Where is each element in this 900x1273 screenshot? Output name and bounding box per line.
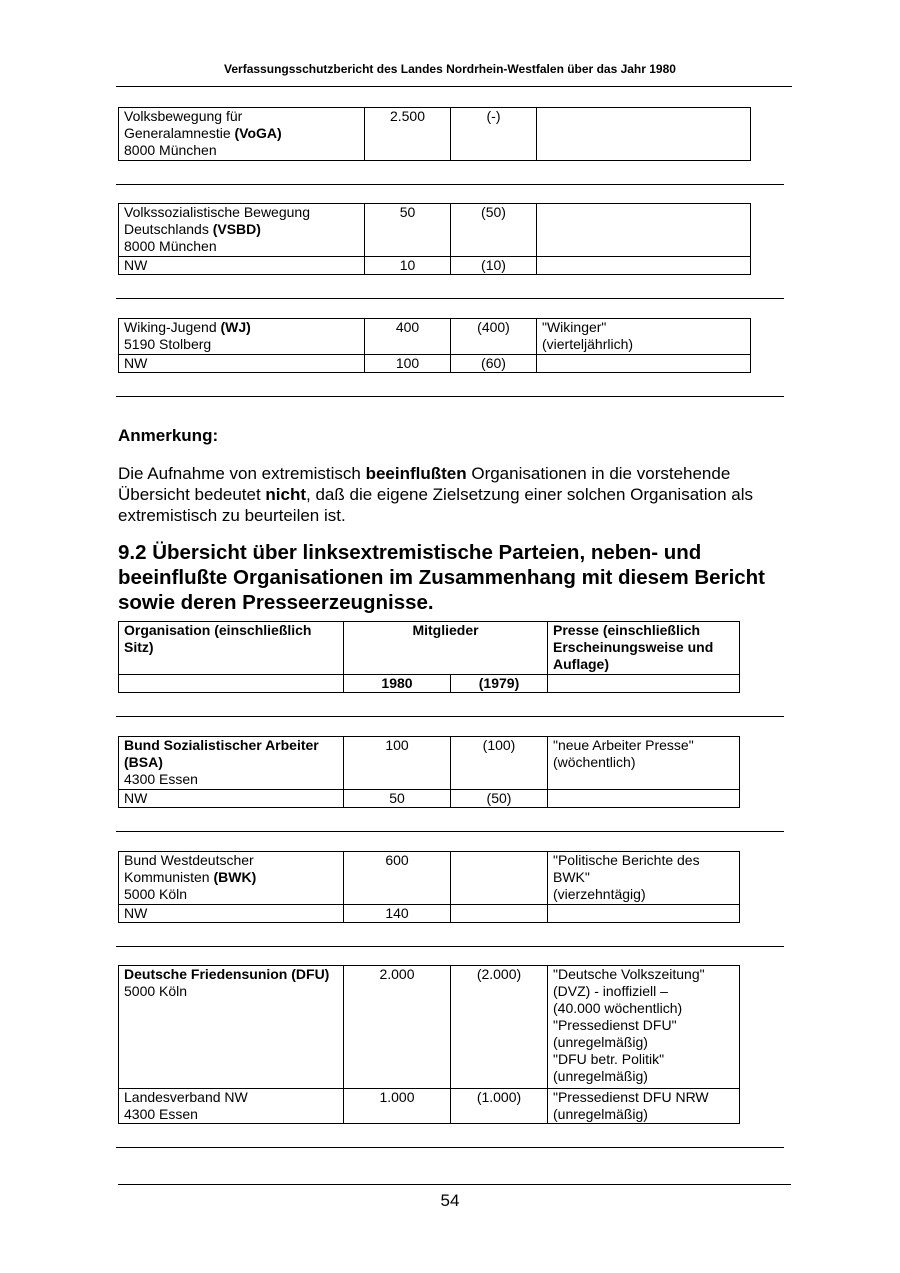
- org-cell: Volkssozialistische Bewegung Deutschland…: [119, 204, 365, 257]
- table-row: NW 10 (10): [119, 257, 751, 275]
- org-cell: NW: [119, 257, 365, 275]
- members-1979-cell: (2.000): [451, 966, 548, 1089]
- org-table-vsbd: Volkssozialistische Bewegung Deutschland…: [118, 203, 751, 275]
- members-1979-cell: [451, 905, 548, 923]
- col-header-members: Mitglieder: [344, 622, 548, 675]
- press-cell: "Politische Berichte des BWK" (vierzehnt…: [548, 852, 740, 905]
- col-header-1979: (1979): [451, 675, 548, 693]
- table-row: Bund Westdeutscher Kommunisten (BWK) 500…: [119, 852, 740, 905]
- members-1980-cell: 140: [344, 905, 451, 923]
- page-number: 54: [0, 1191, 900, 1211]
- press-cell: [537, 355, 751, 373]
- table-row: Volkssozialistische Bewegung Deutschland…: [119, 204, 751, 257]
- separator-rule: [116, 184, 784, 185]
- org-table-voga: Volksbewegung für Generalamnestie (VoGA)…: [118, 107, 751, 161]
- table-row: Volksbewegung für Generalamnestie (VoGA)…: [119, 108, 751, 161]
- separator-rule: [116, 1147, 784, 1148]
- col-header-press: Presse (einschließlich Erscheinungsweise…: [548, 622, 740, 675]
- members-1979-cell: [451, 852, 548, 905]
- page-header: Verfassungsschutzbericht des Landes Nord…: [0, 62, 900, 76]
- members-1980-cell: 10: [365, 257, 451, 275]
- members-1979-cell: (50): [451, 790, 548, 808]
- note-title: Anmerkung:: [118, 426, 218, 446]
- members-1979-cell: (400): [451, 319, 537, 355]
- empty-cell: [548, 675, 740, 693]
- press-cell: [537, 204, 751, 257]
- header-rule: [116, 86, 792, 87]
- press-cell: [548, 905, 740, 923]
- table-row: Bund Sozialistischer Arbeiter (BSA) 4300…: [119, 737, 740, 790]
- table-row: Wiking-Jugend (WJ) 5190 Stolberg 400 (40…: [119, 319, 751, 355]
- members-1979-cell: (1.000): [451, 1089, 548, 1124]
- table-header-row: Organisation (einschließlich Sitz) Mitgl…: [119, 622, 740, 675]
- members-1980-cell: 400: [365, 319, 451, 355]
- footer-rule: [118, 1184, 791, 1185]
- org-cell: NW: [119, 905, 344, 923]
- col-header-1980: 1980: [344, 675, 451, 693]
- members-1979-cell: (60): [451, 355, 537, 373]
- members-1979-cell: (-): [451, 108, 537, 161]
- members-1980-cell: 2.500: [365, 108, 451, 161]
- separator-rule: [116, 831, 784, 832]
- members-1980-cell: 1.000: [344, 1089, 451, 1124]
- table-row: NW 50 (50): [119, 790, 740, 808]
- members-1979-cell: (100): [451, 737, 548, 790]
- separator-rule: [116, 716, 784, 717]
- org-table-dfu: Deutsche Friedensunion (DFU) 5000 Köln 2…: [118, 965, 740, 1124]
- members-1980-cell: 100: [344, 737, 451, 790]
- org-cell: Deutsche Friedensunion (DFU) 5000 Köln: [119, 966, 344, 1089]
- org-cell: Landesverband NW 4300 Essen: [119, 1089, 344, 1124]
- table-row: Landesverband NW 4300 Essen 1.000 (1.000…: [119, 1089, 740, 1124]
- left-header-table: Organisation (einschließlich Sitz) Mitgl…: [118, 621, 740, 693]
- members-1979-cell: (10): [451, 257, 537, 275]
- press-cell: [537, 108, 751, 161]
- section-title: 9.2 Übersicht über linksextremistische P…: [118, 540, 798, 615]
- col-header-organisation: Organisation (einschließlich Sitz): [119, 622, 344, 675]
- separator-rule: [116, 946, 784, 947]
- press-cell: "Deutsche Volkszeitung" (DVZ) - inoffizi…: [548, 966, 740, 1089]
- org-cell: Wiking-Jugend (WJ) 5190 Stolberg: [119, 319, 365, 355]
- press-cell: "Pressedienst DFU NRW (unregelmäßig): [548, 1089, 740, 1124]
- press-cell: [548, 790, 740, 808]
- note-text: Die Aufnahme von extremistisch beeinfluß…: [118, 463, 798, 526]
- org-cell: Bund Westdeutscher Kommunisten (BWK) 500…: [119, 852, 344, 905]
- org-cell: NW: [119, 790, 344, 808]
- table-header-row: 1980 (1979): [119, 675, 740, 693]
- table-row: NW 140: [119, 905, 740, 923]
- org-cell: Bund Sozialistischer Arbeiter (BSA) 4300…: [119, 737, 344, 790]
- press-cell: "Wikinger" (vierteljährlich): [537, 319, 751, 355]
- members-1980-cell: 50: [365, 204, 451, 257]
- members-1980-cell: 2.000: [344, 966, 451, 1089]
- members-1979-cell: (50): [451, 204, 537, 257]
- empty-cell: [119, 675, 344, 693]
- org-cell: Volksbewegung für Generalamnestie (VoGA)…: [119, 108, 365, 161]
- org-table-bsa: Bund Sozialistischer Arbeiter (BSA) 4300…: [118, 736, 740, 808]
- press-cell: "neue Arbeiter Presse" (wöchentlich): [548, 737, 740, 790]
- members-1980-cell: 50: [344, 790, 451, 808]
- org-table-bwk: Bund Westdeutscher Kommunisten (BWK) 500…: [118, 851, 740, 923]
- members-1980-cell: 600: [344, 852, 451, 905]
- press-cell: [537, 257, 751, 275]
- members-1980-cell: 100: [365, 355, 451, 373]
- table-row: Deutsche Friedensunion (DFU) 5000 Köln 2…: [119, 966, 740, 1089]
- separator-rule: [116, 396, 784, 397]
- table-row: NW 100 (60): [119, 355, 751, 373]
- separator-rule: [116, 298, 784, 299]
- org-cell: NW: [119, 355, 365, 373]
- org-table-wj: Wiking-Jugend (WJ) 5190 Stolberg 400 (40…: [118, 318, 751, 373]
